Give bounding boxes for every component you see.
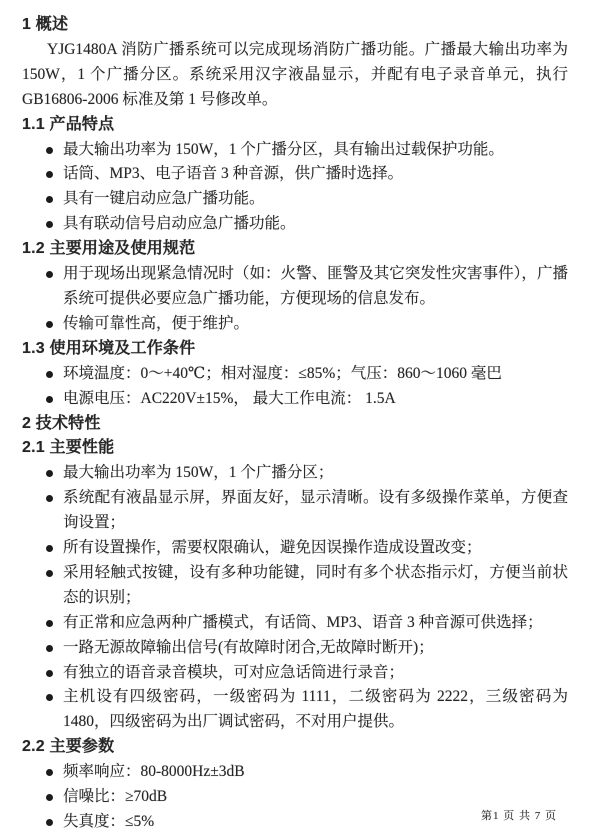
heading-performance: 2.1 主要性能	[22, 436, 568, 461]
list-item-text: 具有一键启动应急广播功能。	[63, 187, 568, 212]
bullet-icon	[45, 262, 63, 312]
list-item-text: 话筒、MP3、电子语音 3 种音源，供广播时选择。	[63, 162, 568, 187]
list-item-text: 传输可靠性高，便于维护。	[63, 312, 568, 337]
heading-parameters: 2.2 主要参数	[22, 735, 568, 760]
heading-usage: 1.2 主要用途及使用规范	[22, 237, 568, 262]
bullet-icon	[45, 685, 63, 735]
list-item: 有正常和应急两种广播模式，有话筒、MP3、语音 3 种音源可供选择；	[22, 611, 568, 636]
list-item-text: 有正常和应急两种广播模式，有话筒、MP3、语音 3 种音源可供选择；	[63, 611, 568, 636]
heading-technical: 2 技术特性	[22, 412, 568, 437]
list-item-text: 所有设置操作，需要权限确认，避免因误操作造成设置改变；	[63, 536, 568, 561]
bullet-icon	[45, 636, 63, 661]
bullet-icon	[45, 162, 63, 187]
bullet-icon	[45, 461, 63, 486]
bullet-icon	[45, 536, 63, 561]
list-item: 传输可靠性高，便于维护。	[22, 312, 568, 337]
list-item: 具有一键启动应急广播功能。	[22, 187, 568, 212]
bullet-icon	[45, 138, 63, 163]
bullet-icon	[45, 486, 63, 536]
list-item: 采用轻触式按键，设有多种功能键，同时有多个状态指示灯，方便当前状态的识别；	[22, 561, 568, 611]
list-item-text: 采用轻触式按键，设有多种功能键，同时有多个状态指示灯，方便当前状态的识别；	[63, 561, 568, 611]
list-item-text: 电源电压：AC220V±15%， 最大工作电流： 1.5A	[63, 387, 568, 412]
features-list: 最大输出功率为 150W，1 个广播分区，具有输出过载保护功能。 话筒、MP3、…	[22, 138, 568, 238]
document-page: 1 概述 YJG1480A 消防广播系统可以完成现场消防广播功能。广播最大输出功…	[0, 0, 590, 837]
usage-list: 用于现场出现紧急情况时（如：火警、匪警及其它突发性灾害事件），广播系统可提供必要…	[22, 262, 568, 337]
bullet-icon	[45, 561, 63, 611]
list-item: 信噪比：≥70dB	[22, 785, 568, 810]
list-item-text: 具有联动信号启动应急广播功能。	[63, 212, 568, 237]
list-item-text: 一路无源故障输出信号(有故障时闭合,无故障时断开)；	[63, 636, 568, 661]
heading-environment: 1.3 使用环境及工作条件	[22, 337, 568, 362]
list-item: 最大输出功率为 150W，1 个广播分区，具有输出过载保护功能。	[22, 138, 568, 163]
list-item-text: 最大输出功率为 150W，1 个广播分区，具有输出过载保护功能。	[63, 138, 568, 163]
list-item: 一路无源故障输出信号(有故障时闭合,无故障时断开)；	[22, 636, 568, 661]
environment-list: 环境温度：0～+40℃；相对湿度：≤85%；气压：860～1060 毫巴 电源电…	[22, 362, 568, 412]
list-item: 用于现场出现紧急情况时（如：火警、匪警及其它突发性灾害事件），广播系统可提供必要…	[22, 262, 568, 312]
list-item: 环境温度：0～+40℃；相对湿度：≤85%；气压：860～1060 毫巴	[22, 362, 568, 387]
list-item: 所有设置操作，需要权限确认，避免因误操作造成设置改变；	[22, 536, 568, 561]
bullet-icon	[45, 387, 63, 412]
heading-product-features: 1.1 产品特点	[22, 113, 568, 138]
page-footer: 第1 页 共 7 页	[481, 810, 557, 823]
list-item-text: 用于现场出现紧急情况时（如：火警、匪警及其它突发性灾害事件），广播系统可提供必要…	[63, 262, 568, 312]
list-item-text: 有独立的语音录音模块，可对应急话筒进行录音；	[63, 661, 568, 686]
list-item: 具有联动信号启动应急广播功能。	[22, 212, 568, 237]
bullet-icon	[45, 212, 63, 237]
bullet-icon	[45, 312, 63, 337]
list-item: 有独立的语音录音模块，可对应急话筒进行录音；	[22, 661, 568, 686]
list-item-text: 最大输出功率为 150W，1 个广播分区；	[63, 461, 568, 486]
list-item-text: 环境温度：0～+40℃；相对湿度：≤85%；气压：860～1060 毫巴	[63, 362, 568, 387]
bullet-icon	[45, 661, 63, 686]
list-item: 话筒、MP3、电子语音 3 种音源，供广播时选择。	[22, 162, 568, 187]
heading-overview: 1 概述	[22, 13, 568, 38]
list-item: 系统配有液晶显示屏，界面友好，显示清晰。设有多级操作菜单，方便查询设置；	[22, 486, 568, 536]
paragraph-overview: YJG1480A 消防广播系统可以完成现场消防广播功能。广播最大输出功率为 15…	[22, 38, 568, 113]
bullet-icon	[45, 611, 63, 636]
list-item: 电源电压：AC220V±15%， 最大工作电流： 1.5A	[22, 387, 568, 412]
list-item-text: 频率响应：80-8000Hz±3dB	[63, 760, 568, 785]
list-item-text: 信噪比：≥70dB	[63, 785, 568, 810]
bullet-icon	[45, 785, 63, 810]
performance-list: 最大输出功率为 150W，1 个广播分区； 系统配有液晶显示屏，界面友好，显示清…	[22, 461, 568, 735]
parameters-list: 频率响应：80-8000Hz±3dB 信噪比：≥70dB 失真度：≤5%	[22, 760, 568, 835]
list-item-text: 系统配有液晶显示屏，界面友好，显示清晰。设有多级操作菜单，方便查询设置；	[63, 486, 568, 536]
list-item: 最大输出功率为 150W，1 个广播分区；	[22, 461, 568, 486]
bullet-icon	[45, 760, 63, 785]
bullet-icon	[45, 362, 63, 387]
list-item: 主机设有四级密码，一级密码为 1111，二级密码为 2222，三级密码为 148…	[22, 685, 568, 735]
bullet-icon	[45, 810, 63, 835]
bullet-icon	[45, 187, 63, 212]
list-item: 频率响应：80-8000Hz±3dB	[22, 760, 568, 785]
list-item-text: 主机设有四级密码，一级密码为 1111，二级密码为 2222，三级密码为 148…	[63, 685, 568, 735]
